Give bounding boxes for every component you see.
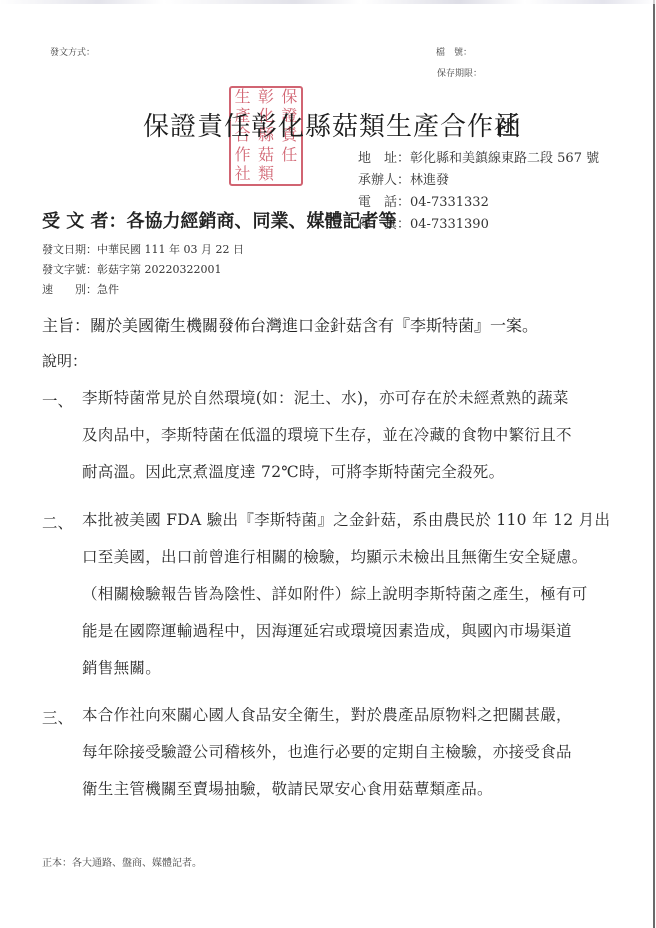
dispatch-method-label: 發文方式： (50, 48, 95, 58)
retention-period-label: 保存期限： (437, 69, 482, 79)
document-type: 函 (495, 106, 522, 143)
reference-number-row: 發文字號：彰菇字第 20220322001 (42, 260, 244, 280)
seal-character (278, 165, 301, 184)
recipient-value: 各協力經銷商、同業、媒體記者等 (127, 211, 397, 232)
copies-label: 正本： (42, 858, 72, 869)
handler-row: 承辦人：林進發 (358, 170, 599, 192)
address-value: 彰化縣和美鎮線東路二段 567 號 (410, 151, 599, 166)
priority-label: 速 別： (42, 283, 97, 296)
recipient-label: 受 文 者： (42, 211, 127, 232)
recipient-line: 受 文 者：各協力經銷商、同業、媒體記者等 (42, 207, 397, 233)
dispatch-method-field: 發文方式： (50, 45, 95, 58)
reference-number-label: 發文字號： (42, 263, 97, 276)
item-number: 三、 (42, 706, 73, 728)
dispatch-date-label: 發文日期： (42, 243, 97, 256)
item-line: （相關檢驗報告皆為陰性、詳如附件）綜上說明李斯特菌之產生，極有可 (42, 576, 622, 613)
address-row: 地 址：彰化縣和美鎮線東路二段 567 號 (358, 148, 599, 170)
seal-character: 菇 (254, 146, 277, 165)
seal-character: 生 (231, 88, 254, 107)
handler-value: 林進發 (410, 173, 449, 188)
item-line: 本批被美國 FDA 驗出『李斯特菌』之金針菇，系由農民於 110 年 12 月出 (42, 502, 622, 539)
dispatch-date-row: 發文日期：中華民國 111 年 03 月 22 日 (42, 240, 244, 260)
item-line: 每年除接受驗證公司稽核外，也進行必要的定期自主檢驗，亦接受食品 (42, 734, 622, 771)
subject-label: 主旨： (42, 316, 90, 335)
seal-character: 作 (231, 146, 254, 165)
seal-character: 類 (254, 165, 277, 184)
seal-character: 任 (278, 146, 301, 165)
seal-character: 保 (278, 88, 301, 107)
item-line: 耐高溫。因此烹煮溫度達 72℃時，可將李斯特菌完全殺死。 (42, 454, 622, 491)
dispatch-meta: 發文日期：中華民國 111 年 03 月 22 日 發文字號：彰菇字第 2022… (42, 240, 244, 300)
handler-label: 承辦人： (358, 173, 410, 188)
explanation-item-3: 三、 本合作社向來關心國人食品安全衛生，對於農產品原物料之把關甚嚴， 每年除接受… (42, 697, 622, 808)
file-number-label: 檔 號： (436, 48, 472, 58)
item-line: 衛生主管機關至賣場抽驗，敬請民眾安心食用菇蕈類產品。 (42, 771, 622, 808)
file-number-field: 檔 號： (436, 45, 472, 58)
fax-value: 04-7331390 (410, 217, 489, 232)
dispatch-date-value: 中華民國 111 年 03 月 22 日 (97, 243, 244, 256)
phone-value: 04-7331332 (410, 195, 489, 210)
item-number: 一、 (42, 389, 73, 411)
item-line: 李斯特菌常見於自然環境(如：泥土、水)，亦可存在於未經煮熟的蔬菜 (42, 380, 622, 417)
retention-period-field: 保存期限： (437, 66, 482, 79)
priority-value: 急件 (97, 283, 119, 296)
copies-line: 正本：各大通路、盤商、媒體記者。 (42, 854, 202, 869)
explanation-label: 說明： (42, 350, 87, 371)
explanation-item-1: 一、 李斯特菌常見於自然環境(如：泥土、水)，亦可存在於未經煮熟的蔬菜 及肉品中… (42, 380, 622, 491)
seal-character: 社 (231, 165, 254, 184)
item-line: 能是在國際運輸過程中，因海運延宕或環境因素造成，與國內市場渠道 (42, 613, 622, 650)
seal-character: 彰 (254, 88, 277, 107)
organization-name: 保證責任彰化縣菇類生產合作社 (143, 112, 521, 142)
explanation-item-2: 二、 本批被美國 FDA 驗出『李斯特菌』之金針菇，系由農民於 110 年 12… (42, 502, 622, 687)
item-line: 口至美國，出口前曾進行相關的檢驗，均顯示未檢出且無衛生安全疑慮。 (42, 539, 622, 576)
item-number: 二、 (42, 511, 73, 533)
subject-line: 主旨：關於美國衛生機關發佈台灣進口金針菇含有『李斯特菌』一案。 (42, 313, 538, 336)
item-line: 及肉品中，李斯特菌在低溫的環境下生存，並在冷藏的食物中繁衍且不 (42, 417, 622, 454)
subject-text: 關於美國衛生機關發佈台灣進口金針菇含有『李斯特菌』一案。 (90, 316, 538, 335)
item-line: 銷售無關。 (42, 650, 622, 687)
scan-edge (0, 0, 656, 4)
document-page: 發文方式： 檔 號： 保存期限： 生彰保產化證合縣責作菇任社類 保證責任彰化縣菇… (0, 0, 655, 928)
copies-value: 各大通路、盤商、媒體記者。 (72, 858, 202, 869)
address-label: 地 址： (358, 151, 410, 166)
item-line: 本合作社向來關心國人食品安全衛生，對於農產品原物料之把關甚嚴， (42, 697, 622, 734)
priority-row: 速 別：急件 (42, 280, 244, 300)
reference-number-value: 彰菇字第 20220322001 (97, 263, 221, 276)
document-title: 保證責任彰化縣菇類生產合作社 (143, 106, 521, 143)
